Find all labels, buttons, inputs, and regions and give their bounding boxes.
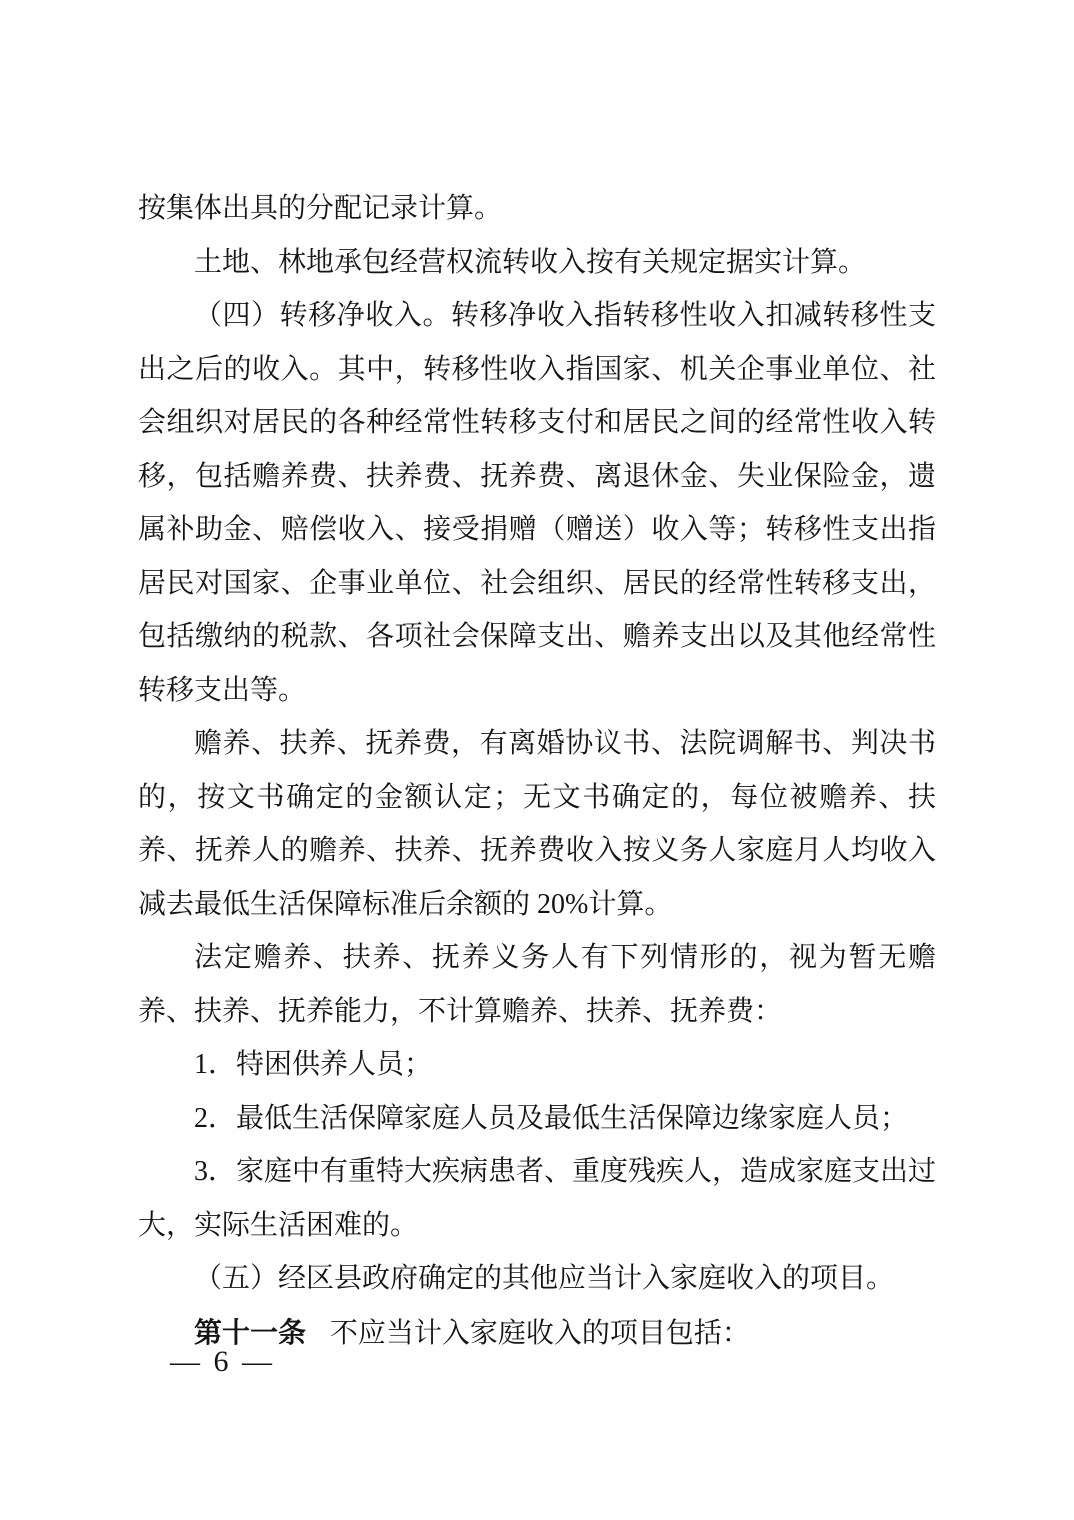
- paragraph: 按集体出具的分配记录计算。: [138, 182, 936, 236]
- article-text: 不应当计入家庭收入的项目包括：: [330, 1318, 750, 1349]
- list-item: 2．最低生活保障家庭人员及最低生活保障边缘家庭人员；: [138, 1092, 936, 1146]
- document-body: 按集体出具的分配记录计算。 土地、林地承包经营权流转收入按有关规定据实计算。 （…: [138, 182, 936, 1360]
- paragraph: （四）转移净收入。转移净收入指转移性收入扣减转移性支出之后的收入。其中，转移性收…: [138, 289, 936, 717]
- list-item: 3．家庭中有重特大疾病患者、重度残疾人，造成家庭支出过大，实际生活困难的。: [138, 1145, 936, 1252]
- page-number: — 6 —: [170, 1340, 275, 1384]
- paragraph: （五）经区县政府确定的其他应当计入家庭收入的项目。: [138, 1252, 936, 1306]
- paragraph: 赡养、扶养、抚养费，有离婚协议书、法院调解书、判决书的，按文书确定的金额认定；无…: [138, 717, 936, 931]
- document-page: 按集体出具的分配记录计算。 土地、林地承包经营权流转收入按有关规定据实计算。 （…: [0, 0, 1074, 1520]
- paragraph: 法定赡养、扶养、抚养义务人有下列情形的，视为暂无赡养、扶养、抚养能力，不计算赡养…: [138, 931, 936, 1038]
- paragraph: 土地、林地承包经营权流转收入按有关规定据实计算。: [138, 236, 936, 290]
- list-item: 1．特困供养人员；: [138, 1038, 936, 1092]
